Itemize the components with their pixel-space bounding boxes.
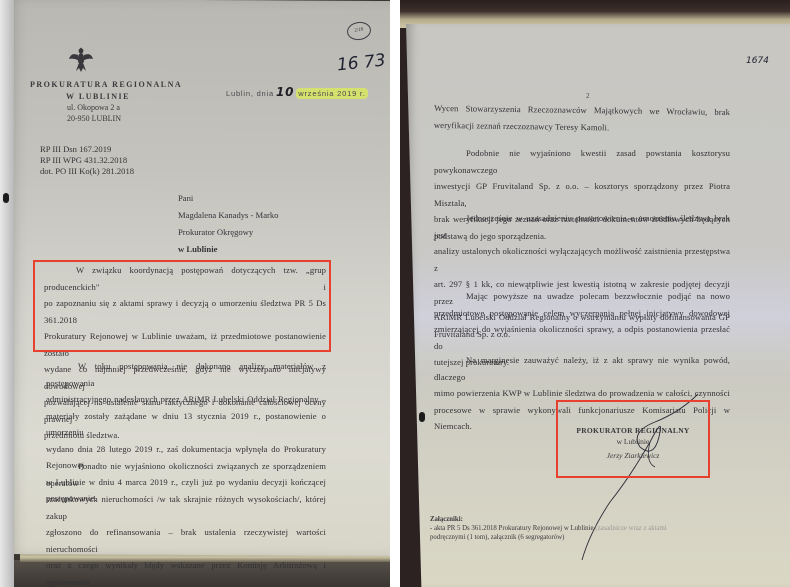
text-line: analizy ustalonych okoliczności wyłączaj… (434, 243, 730, 276)
binder-hole (3, 193, 9, 203)
highlight-box-signature (556, 400, 710, 478)
address-postal: 20-950 LUBLIN (67, 114, 121, 123)
attachments-line: podręcznymi (1 tom), załącznik (6 segreg… (430, 533, 667, 542)
text-line: szacunkowych nieruchomości /w tak skrajn… (46, 491, 326, 524)
recipient-name: Magdalena Kanadys - Marko (178, 207, 278, 224)
reference-number: RP III WPG 431.32.2018 (40, 155, 134, 166)
text-line: Ponadto nie wyjaśniono okoliczności zwią… (46, 458, 326, 491)
recipient-title: Prokurator Okręgowy (178, 224, 278, 241)
photo-border (0, 0, 14, 587)
reference-number: dot. PO III Ko(k) 281.2018 (40, 166, 134, 177)
text-line: W toku postępowania nie dokonano analizy… (46, 358, 326, 391)
page-number: 2 (586, 92, 590, 100)
reference-number: RP III Dsn 167.2019 (40, 144, 134, 155)
paragraph: Ponadto nie wyjaśniono okoliczności zwią… (46, 458, 326, 587)
stacked-papers-edge (398, 0, 790, 28)
polish-eagle-emblem-icon (68, 47, 94, 73)
text-line: Jednocześnie w uzasadnieniu postanowieni… (434, 210, 730, 243)
text-line: inwestycji GP Fruvitaland Sp. z o.o. – k… (434, 178, 730, 211)
text-line: materiały zostały zażądane w dniu 13 sty… (46, 408, 326, 441)
date-month-year: września 2019 r. (296, 88, 367, 99)
recipient-salutation: Pani (178, 190, 278, 207)
handwritten-page-number: 1674 (746, 56, 769, 66)
document-date: Lublin, dnia10września 2019 r. (226, 85, 368, 99)
text-line: oraz z czego wynikały błędy wskazane prz… (46, 557, 326, 587)
text-line: zgłoszono do refinansowania – brak ustal… (46, 524, 326, 557)
attachments-label: Załączniki: (430, 515, 667, 524)
highlight-box-paragraph (33, 260, 331, 352)
attachments: Załączniki: - akta PR 5 Ds 361.2018 Prok… (430, 515, 667, 542)
text-line: Na marginesie zauważyć należy, iż z akt … (434, 352, 730, 385)
date-prefix: Lublin, dnia (226, 89, 274, 98)
date-day-handwritten: 10 (276, 85, 294, 99)
address-street: ul. Okopowa 2 a (67, 103, 120, 112)
text-line: administracyjnego nadesłanych przez ARiM… (46, 391, 326, 408)
binder-hole (419, 412, 425, 422)
paragraph: Wycen Stowarzyszenia Rzeczoznawców Mająt… (434, 100, 730, 137)
photo-divider (390, 0, 400, 587)
text-line: Mając powyższe na uwadze polecam bezzwło… (434, 288, 730, 305)
recipient-city: w Lublinie (178, 241, 278, 258)
attachments-line: - akta PR 5 Ds 361.2018 Prokuratury Rejo… (430, 524, 667, 533)
recipient-block: Pani Magdalena Kanadys - Marko Prokurato… (178, 190, 278, 258)
text-line: zmierzającej do wyjaśnienia okoliczności… (434, 321, 730, 354)
institution-name: PROKURATURA REGIONALNA (30, 80, 182, 89)
reference-numbers: RP III Dsn 167.2019 RP III WPG 431.32.20… (40, 144, 134, 177)
text-line: Podobnie nie wyjaśniono kwestii zasad po… (434, 145, 730, 178)
institution-city: W LUBLINIE (66, 92, 130, 101)
text-line: przedmiotowe postępowanie celem wyczerpa… (434, 305, 730, 322)
